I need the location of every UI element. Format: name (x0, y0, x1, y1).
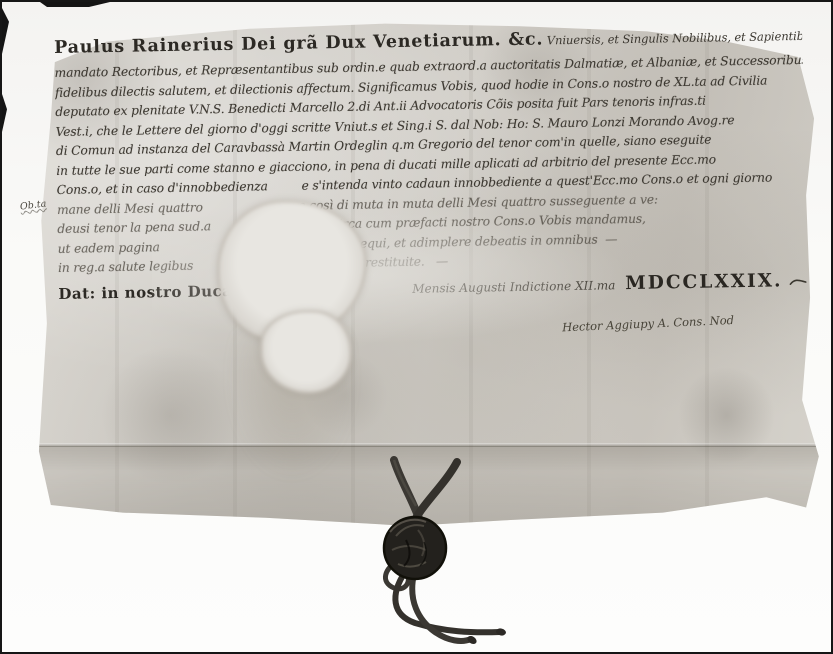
damage-stain (260, 310, 352, 394)
pen-flourish-icon (788, 271, 808, 290)
seal-disc (384, 517, 446, 579)
scan-edge-artifact (2, 94, 7, 132)
heading-address: Vniuersis, et Singulis Nobilibus, et Sap… (543, 27, 802, 47)
scan-edge-artifact (2, 8, 9, 54)
heading-intitulatio: Paulus Rainerius Dei grã Dux Venetiarum.… (54, 29, 543, 58)
wax-seal-assembly (320, 440, 530, 654)
scan-edge-artifact (40, 2, 110, 7)
document-photo: Paulus Rainerius Dei grã Dux Venetiarum.… (0, 0, 833, 654)
dateline-year-roman: MDCCLXXIX. (625, 270, 782, 294)
